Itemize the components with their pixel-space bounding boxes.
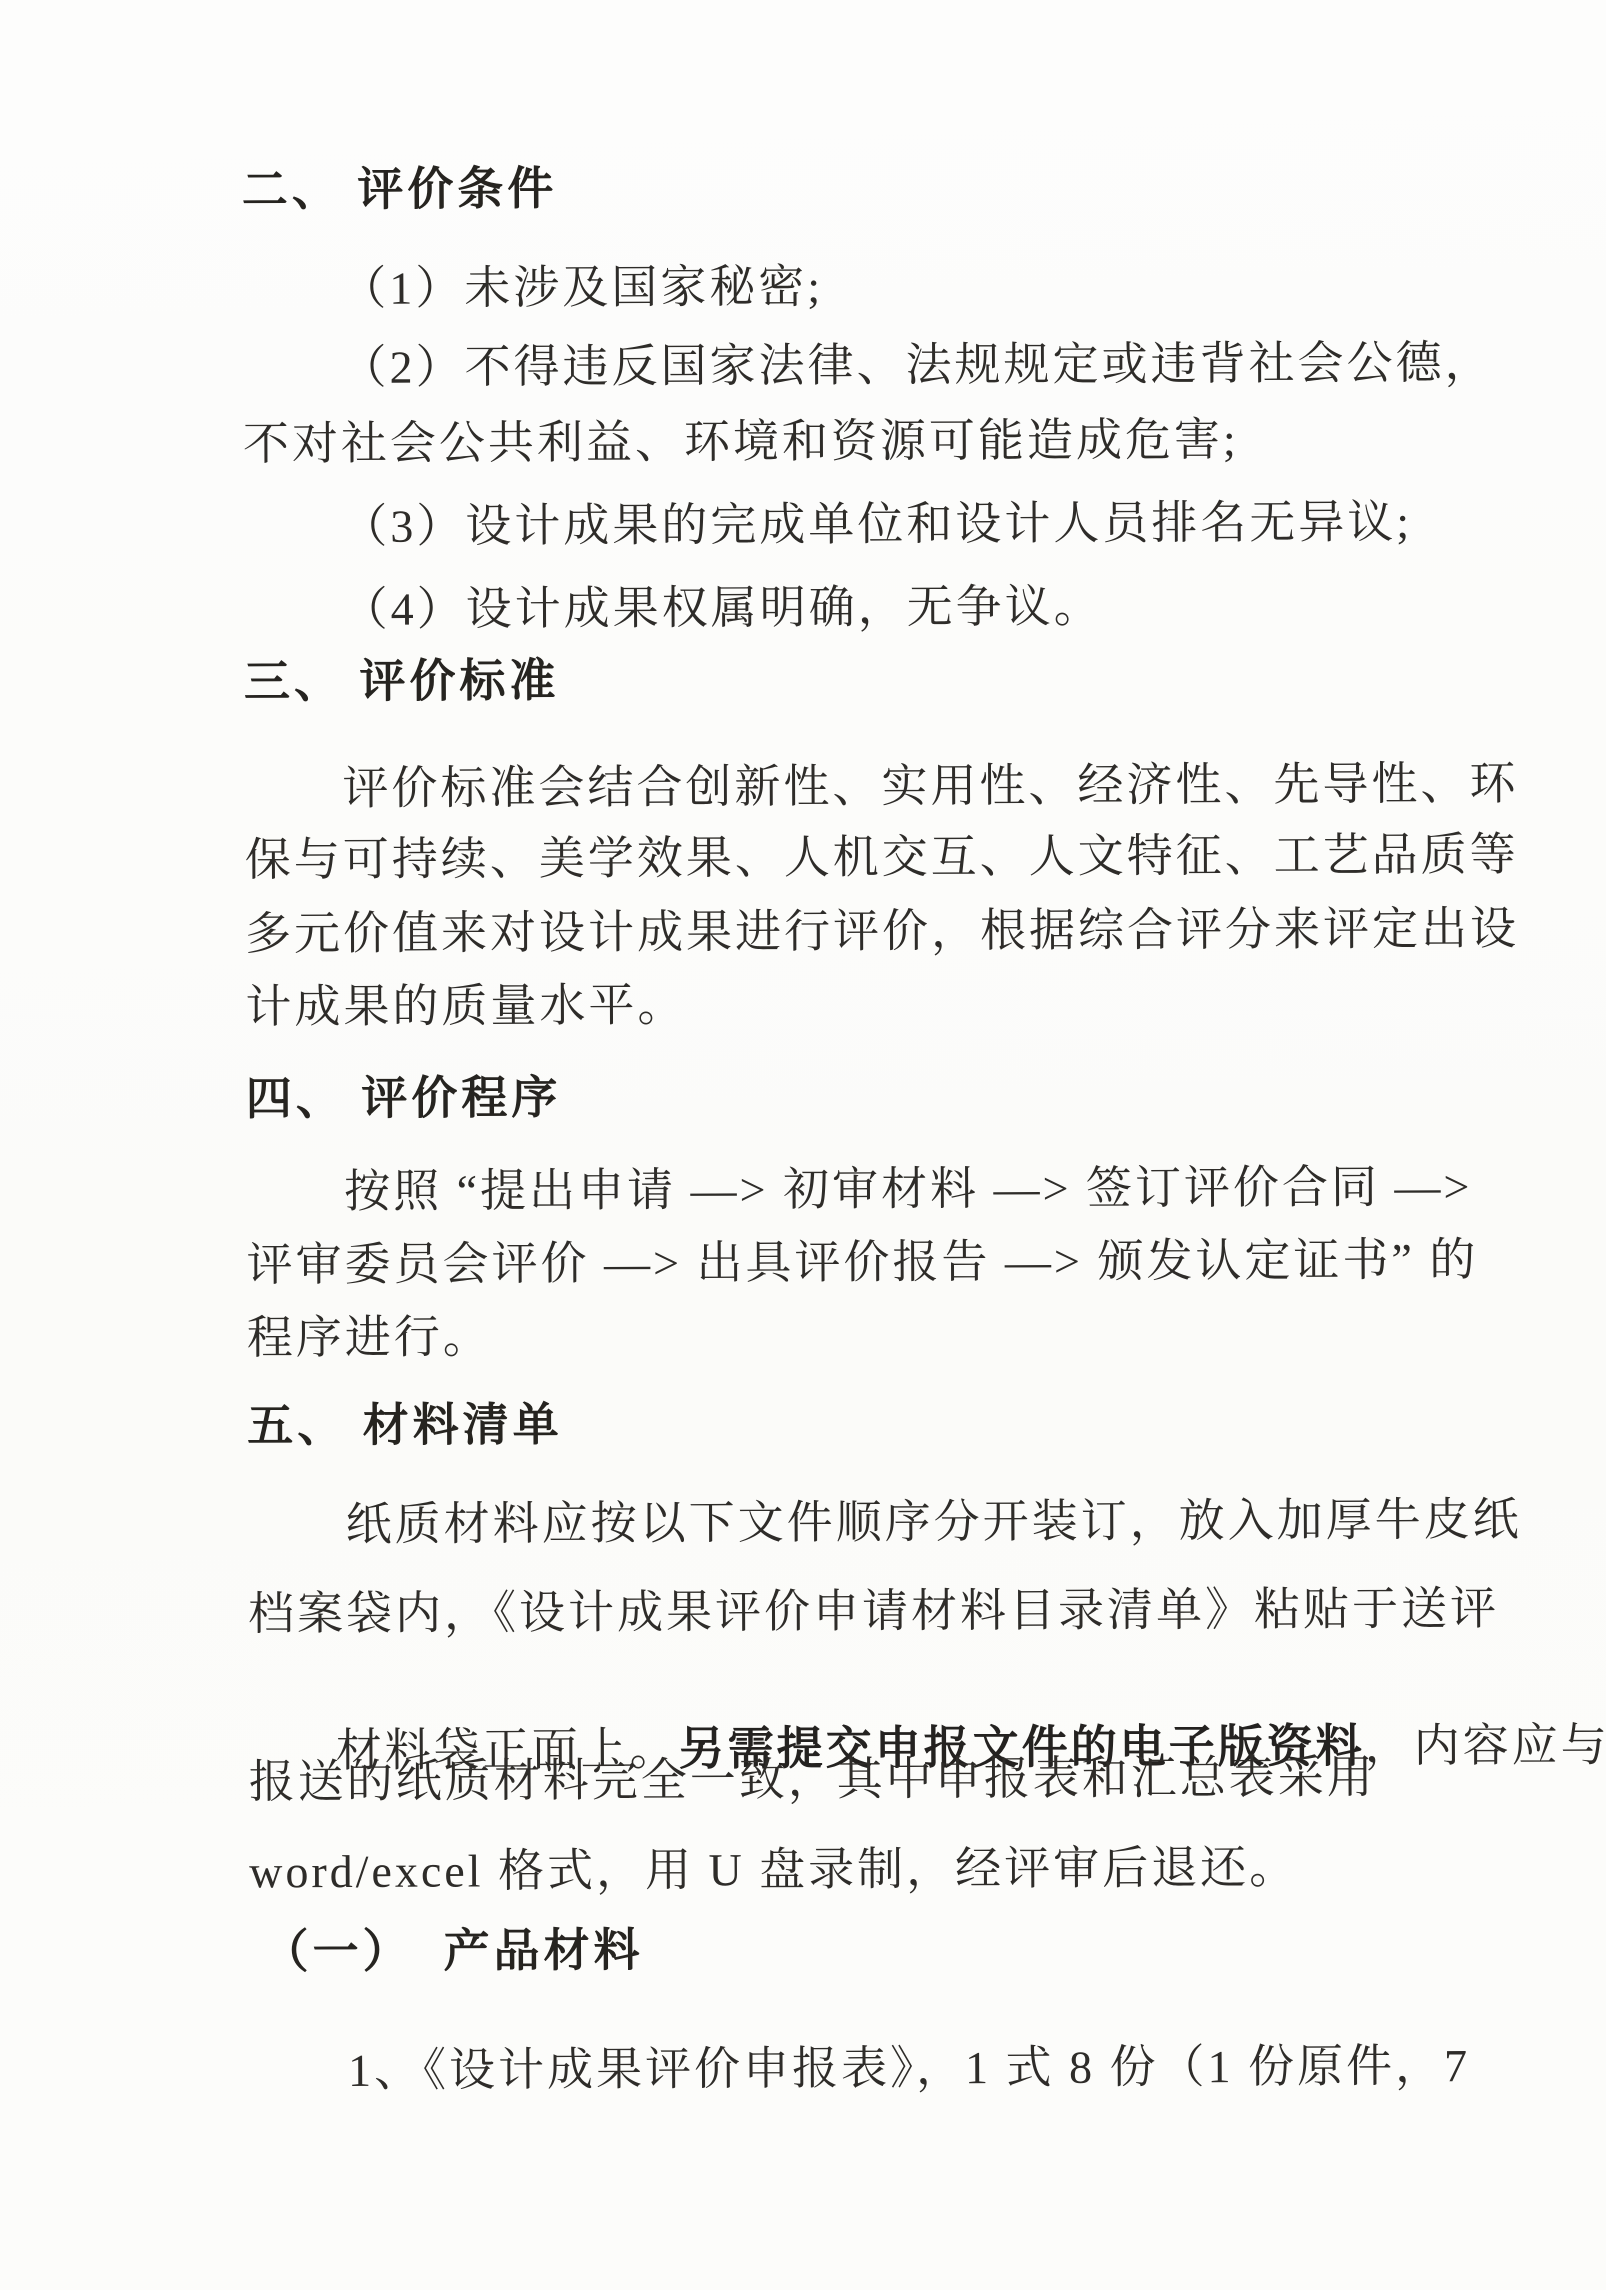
material-paragraph-line-5: word/excel 格式，用 U 盘录制，经评审后退还。 [249,1842,1298,1899]
subsection-heading-product-materials: （一） 产品材料 [262,1925,643,1979]
criteria-paragraph-line-2: 保与可持续、美学效果、人机交互、人文特征、工艺品质等 [245,829,1519,887]
section-heading-material-list: 五、 材料清单 [247,1399,563,1452]
criteria-paragraph-line-4: 计成果的质量水平。 [245,980,686,1034]
material-paragraph-line-1: 纸质材料应按以下文件顺序分开装订，放入加厚牛皮纸 [346,1494,1522,1551]
material-line-3-post: ，内容应与 [1365,1719,1606,1771]
condition-item-2-line-1: （2）不得违反国家法律、法规规定或违背社会公德， [340,337,1493,394]
condition-item-4: （4）设计成果权属明确，无争议。 [342,581,1103,636]
procedure-paragraph-line-1: 按照 “提出申请 —> 初审材料 —> 签订评价合同 —> [344,1161,1472,1218]
material-paragraph-line-4: 报送的纸质材料完全一致，其中申报表和汇总表采用 [249,1752,1376,1809]
procedure-paragraph-line-3: 程序进行。 [247,1311,492,1364]
product-material-item-1: 1、《设计成果评价申报表》，1 式 8 份（1 份原件，7 [348,2040,1470,2097]
section-heading-evaluation-procedure: 四、 评价程序 [246,1072,562,1125]
criteria-paragraph-line-3: 多元价值来对设计成果进行评价，根据综合评分来评定出设 [245,903,1519,961]
section-heading-evaluation-criteria: 三、 评价标准 [244,655,560,708]
condition-item-3: （3）设计成果的完成单位和设计人员排名无异议; [341,496,1412,553]
condition-item-2-line-2: 不对社会公共利益、环境和资源可能造成危害; [243,414,1239,470]
criteria-paragraph-line-1: 评价标准会结合创新性、实用性、经济性、先导性、环 [342,758,1518,815]
procedure-paragraph-line-2: 评审委员会评价 —> 出具评价报告 —> 颁发认定证书” 的 [246,1234,1478,1291]
section-heading-evaluation-conditions: 二、 评价条件 [242,163,558,216]
document-page: 二、 评价条件 （1）未涉及国家秘密; （2）不得违反国家法律、法规规定或违背社… [0,0,1606,2290]
condition-item-1: （1）未涉及国家秘密; [340,261,823,315]
material-paragraph-line-2: 档案袋内，《设计成果评价申请材料目录清单》粘贴于送评 [248,1583,1499,1640]
scanned-sheet: 二、 评价条件 （1）未涉及国家秘密; （2）不得违反国家法律、法规规定或违背社… [0,0,1606,2290]
